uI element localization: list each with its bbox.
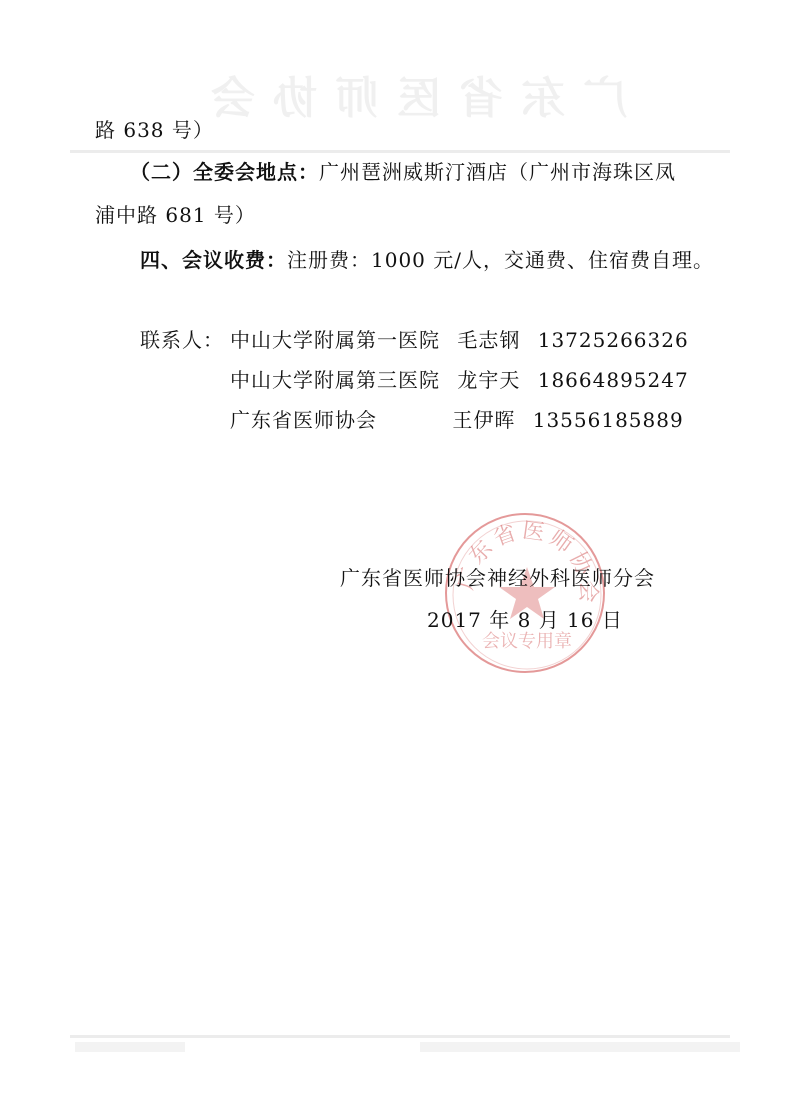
fee-text: 注册费：1000 元/人，交通费、住宿费自理。 <box>287 248 714 272</box>
document-page: 广东省医师协会 路 638 号） （二）全委会地点：广州琶洲威斯汀酒店（广州市海… <box>0 0 800 1119</box>
show-through-footer <box>75 1042 725 1056</box>
venue-text-continued: 浦中路 681 号） <box>95 202 256 228</box>
show-through-letterhead: 广东省医师协会 <box>160 62 660 126</box>
contact-organization: 广东省医师协会 <box>230 407 445 433</box>
fee-paragraph: 四、会议收费：注册费：1000 元/人，交通费、住宿费自理。 <box>140 247 714 273</box>
contact-organization: 中山大学附属第三医院 <box>230 367 440 393</box>
contact-phone: 13556185889 <box>533 407 684 433</box>
contact-phone: 18664895247 <box>538 367 689 393</box>
svg-text:会议专用章: 会议专用章 <box>482 631 572 652</box>
venue-paragraph: （二）全委会地点：广州琶洲威斯汀酒店（广州市海珠区凤 <box>130 159 676 185</box>
official-seal: 广东省医师协会 会议专用章 <box>445 513 605 673</box>
contact-row: 中山大学附属第一医院 毛志钢 13725266326 <box>230 327 689 353</box>
contacts-label: 联系人： <box>140 327 224 353</box>
show-through-rule-bottom <box>70 1035 730 1038</box>
issue-date: 2017 年 8 月 16 日 <box>427 607 623 633</box>
venue-text: 广州琶洲威斯汀酒店（广州市海珠区凤 <box>319 160 676 184</box>
contact-name: 王伊晖 <box>452 407 515 433</box>
seal-graphic: 广东省医师协会 会议专用章 <box>447 515 607 675</box>
contact-row: 广东省医师协会 王伊晖 13556185889 <box>230 407 684 433</box>
fee-heading: 四、会议收费： <box>140 248 287 272</box>
contact-name: 毛志钢 <box>457 327 520 353</box>
contact-row: 中山大学附属第三医院 龙宇天 18664895247 <box>230 367 689 393</box>
show-through-rule-top <box>70 150 730 153</box>
venue-heading: （二）全委会地点： <box>130 160 319 184</box>
issuer-name: 广东省医师协会神经外科医师分会 <box>340 565 655 591</box>
contact-phone: 13725266326 <box>538 327 689 353</box>
address-continuation: 路 638 号） <box>95 117 214 143</box>
contact-name: 龙宇天 <box>457 367 520 393</box>
contact-organization: 中山大学附属第一医院 <box>230 327 440 353</box>
